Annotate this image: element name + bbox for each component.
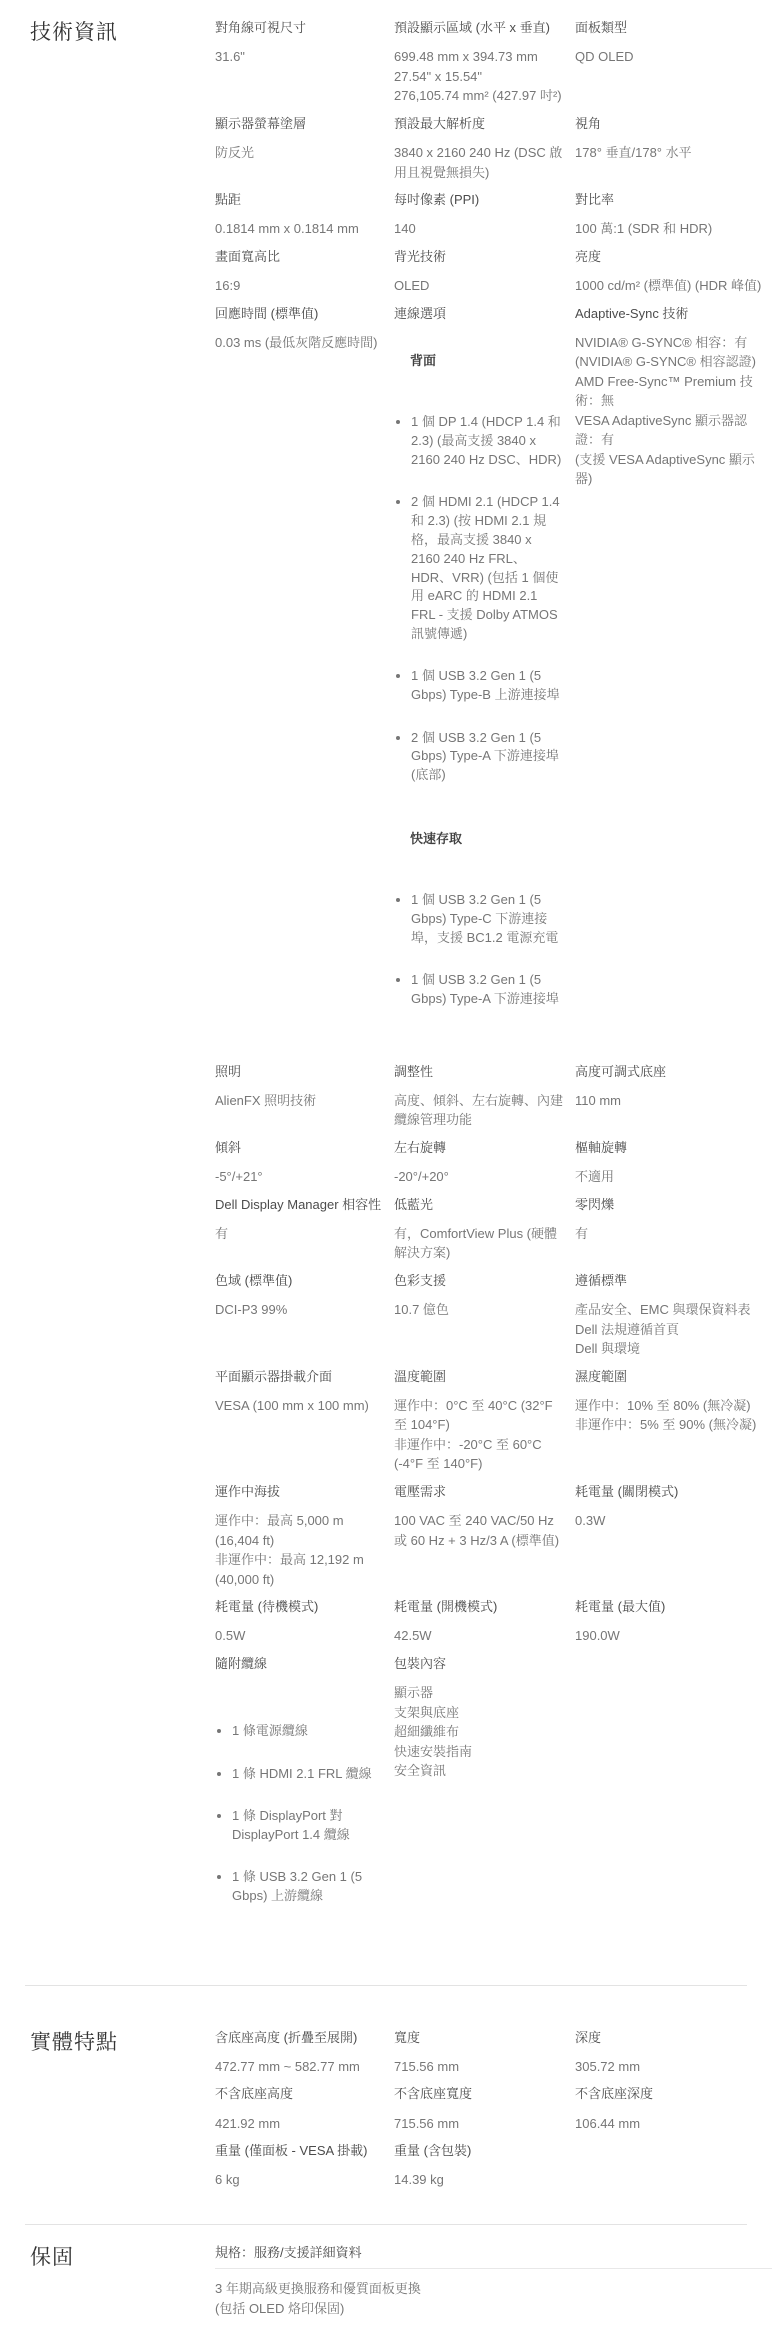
port-item: 2 個 HDMI 2.1 (HDCP 1.4 和 2.3) (按 HDMI 2.… (411, 493, 564, 644)
spec-label: 樞軸旋轉 (575, 1140, 772, 1156)
spec-brightness: 亮度 1000 cd/m² (標準值) (HDR 峰值) (575, 249, 772, 296)
spec-value: 有 (575, 1224, 772, 1244)
spec-label: 遵循標準 (575, 1273, 772, 1289)
spec-aspect-ratio: 畫面寬高比 16:9 (215, 249, 383, 296)
spec-value: QD OLED (575, 47, 772, 67)
spec-label: 含底座高度 (折疊至展開) (215, 2030, 383, 2046)
spec-operating-altitude: 運作中海拔 運作中：最高 5,000 m (16,404 ft) 非運作中：最高… (215, 1484, 383, 1589)
spec-label: 回應時間 (標準值) (215, 306, 383, 322)
spec-viewing-angle: 視角 178° 垂直/178° 水平 (575, 116, 772, 182)
included-cables-list: 1 條電源纜線 1 條 HDMI 2.1 FRL 纜線 1 條 DisplayP… (215, 1703, 383, 1930)
spec-value: 178° 垂直/178° 水平 (575, 143, 772, 163)
warranty-content: 規格：服務/支援詳細資料 3 年期高級更換服務和優質面板更換 (包括 OLED … (215, 2245, 772, 2318)
spec-label: 點距 (215, 192, 383, 208)
spec-label: 傾斜 (215, 1140, 383, 1156)
spec-label: 不含底座深度 (575, 2086, 772, 2102)
spec-flicker-free: 零閃爍 有 (575, 1197, 772, 1263)
spec-value: 運作中：0°C 至 40°C (32°F 至 104°F) 非運作中：-20°C… (394, 1396, 564, 1474)
section-title-physical: 實體特點 (30, 2030, 215, 2055)
spec-label: Adaptive-Sync 技術 (575, 306, 772, 322)
spec-label: 耗電量 (最大值) (575, 1599, 772, 1615)
spec-box-contents: 包裝內容 顯示器 支架與底座 超細纖維布 快速安裝指南 安全資訊 (394, 1656, 564, 1951)
spec-value: 0.03 ms (最低灰階反應時間) (215, 333, 383, 353)
spec-value: 14.39 kg (394, 2170, 564, 2190)
spec-label: 亮度 (575, 249, 772, 265)
spec-value: 有，ComfortView Plus (硬體解決方案) (394, 1224, 564, 1263)
connectivity-rear-list: 1 個 DP 1.4 (HDCP 1.4 和 2.3) (最高支援 3840 x… (394, 394, 564, 809)
spec-power-on-mode: 耗電量 (開機模式) 42.5W (394, 1599, 564, 1646)
spec-value: 421.92 mm (215, 2114, 383, 2134)
spec-label: 重量 (含包裝) (394, 2143, 564, 2159)
spec-label: 預設顯示區域 (水平 x 垂直) (394, 20, 564, 36)
spec-value: 699.48 mm x 394.73 mm 27.54" x 15.54" 27… (394, 47, 564, 106)
spec-vesa-mount: 平面顯示器掛載介面 VESA (100 mm x 100 mm) (215, 1369, 383, 1474)
spec-value: 產品安全、EMC 與環保資料表 Dell 法規遵循首頁 Dell 與環境 (575, 1300, 772, 1359)
spec-label: 零閃爍 (575, 1197, 772, 1213)
connectivity-quick-access-header: 快速存取 (410, 830, 564, 849)
spec-adjustability: 調整性 高度、傾斜、左右旋轉、內建纜線管理功能 (394, 1064, 564, 1130)
spec-value: 100 萬:1 (SDR 和 HDR) (575, 219, 772, 239)
spec-label: 高度可調式底座 (575, 1064, 772, 1080)
spec-label: 每吋像素 (PPI) (394, 192, 564, 208)
spec-value: -20°/+20° (394, 1167, 564, 1187)
spec-ppi: 每吋像素 (PPI) 140 (394, 192, 564, 239)
spec-label: 重量 (僅面板 - VESA 掛載) (215, 2143, 383, 2159)
spec-label: 視角 (575, 116, 772, 132)
spec-value: 31.6" (215, 47, 383, 67)
spec-value: 防反光 (215, 143, 383, 163)
spec-backlight: 背光技術 OLED (394, 249, 564, 296)
section-warranty: 保固 規格：服務/支援詳細資料 3 年期高級更換服務和優質面板更換 (包括 OL… (0, 2225, 772, 2352)
spec-label: 畫面寬高比 (215, 249, 383, 265)
cable-item: 1 條電源纜線 (232, 1722, 383, 1741)
spec-value: 6 kg (215, 2170, 383, 2190)
spec-value: 715.56 mm (394, 2057, 564, 2077)
port-item: 1 個 USB 3.2 Gen 1 (5 Gbps) Type-C 下游連接埠，… (411, 891, 564, 948)
spec-value: -5°/+21° (215, 1167, 383, 1187)
spec-display-area: 預設顯示區域 (水平 x 垂直) 699.48 mm x 394.73 mm 2… (394, 20, 564, 106)
spec-value: 100 VAC 至 240 VAC/50 Hz 或 60 Hz + 3 Hz/3… (394, 1511, 564, 1550)
technical-spec-grid: 對角線可視尺寸 31.6" 預設顯示區域 (水平 x 垂直) 699.48 mm… (215, 20, 772, 1951)
spec-lighting: 照明 AlienFX 照明技術 (215, 1064, 383, 1130)
spec-color-support: 色彩支援 10.7 億色 (394, 1273, 564, 1359)
spec-depth-without-stand: 不含底座深度 106.44 mm (575, 2086, 772, 2133)
spec-value: VESA (100 mm x 100 mm) (215, 1396, 383, 1416)
spec-height-adjustable-stand: 高度可調式底座 110 mm (575, 1064, 772, 1130)
spec-response-time: 回應時間 (標準值) 0.03 ms (最低灰階反應時間) (215, 306, 383, 1054)
spec-contrast-ratio: 對比率 100 萬:1 (SDR 和 HDR) (575, 192, 772, 239)
spec-width-without-stand: 不含底座寬度 715.56 mm (394, 2086, 564, 2133)
spec-adaptive-sync: Adaptive-Sync 技術 NVIDIA® G-SYNC® 相容：有 (N… (575, 306, 772, 1054)
section-title-technical: 技術資訊 (30, 20, 215, 45)
spec-label: 色彩支援 (394, 1273, 564, 1289)
spec-label: 溫度範圍 (394, 1369, 564, 1385)
spec-label: 不含底座高度 (215, 2086, 383, 2102)
spec-label: 面板類型 (575, 20, 772, 36)
spec-included-cables: 隨附纜線 1 條電源纜線 1 條 HDMI 2.1 FRL 纜線 1 條 Dis… (215, 1656, 383, 1951)
cable-item: 1 條 HDMI 2.1 FRL 纜線 (232, 1765, 383, 1784)
spec-value: 不適用 (575, 1167, 772, 1187)
spec-screen-coating: 顯示器螢幕塗層 防反光 (215, 116, 383, 182)
spec-value: 運作中：10% 至 80% (無冷凝) 非運作中：5% 至 90% (無冷凝) (575, 1396, 772, 1435)
spec-width: 寬度 715.56 mm (394, 2030, 564, 2077)
spec-value: 0.5W (215, 1626, 383, 1646)
spec-value: 有 (215, 1224, 383, 1244)
spec-value: 0.3W (575, 1511, 772, 1531)
spec-color-gamut: 色域 (標準值) DCI-P3 99% (215, 1273, 383, 1359)
spec-label: 不含底座寬度 (394, 2086, 564, 2102)
spec-weight-panel-only: 重量 (僅面板 - VESA 掛載) 6 kg (215, 2143, 383, 2190)
spec-label: 照明 (215, 1064, 383, 1080)
spec-diagonal-size: 對角線可視尺寸 31.6" (215, 20, 383, 106)
warranty-value: 3 年期高級更換服務和優質面板更換 (包括 OLED 烙印保固) (215, 2279, 772, 2318)
spec-pivot: 樞軸旋轉 不適用 (575, 1140, 772, 1187)
spec-label: 包裝內容 (394, 1656, 564, 1672)
spec-ddm-compatibility: Dell Display Manager 相容性 有 (215, 1197, 383, 1263)
section-technical: 技術資訊 對角線可視尺寸 31.6" 預設顯示區域 (水平 x 垂直) 699.… (0, 0, 772, 1985)
spec-label: 調整性 (394, 1064, 564, 1080)
spec-value: 10.7 億色 (394, 1300, 564, 1320)
spec-power-standby-mode: 耗電量 (待機模式) 0.5W (215, 1599, 383, 1646)
spec-power-off-mode: 耗電量 (關閉模式) 0.3W (575, 1484, 772, 1589)
spec-label: 運作中海拔 (215, 1484, 383, 1500)
spec-low-blue-light: 低藍光 有，ComfortView Plus (硬體解決方案) (394, 1197, 564, 1263)
spec-value: 1000 cd/m² (標準值) (HDR 峰值) (575, 276, 772, 296)
spec-value: 運作中：最高 5,000 m (16,404 ft) 非運作中：最高 12,19… (215, 1511, 383, 1589)
spec-value: 0.1814 mm x 0.1814 mm (215, 219, 383, 239)
spec-value: 140 (394, 219, 564, 239)
spec-value: 高度、傾斜、左右旋轉、內建纜線管理功能 (394, 1091, 564, 1130)
spec-label: 寬度 (394, 2030, 564, 2046)
spec-value: 顯示器 支架與底座 超細纖維布 快速安裝指南 安全資訊 (394, 1683, 564, 1781)
spec-tilt: 傾斜 -5°/+21° (215, 1140, 383, 1187)
physical-spec-grid: 含底座高度 (折疊至展開) 472.77 mm ~ 582.77 mm 寬度 7… (215, 2030, 772, 2190)
spec-value: OLED (394, 276, 564, 296)
spec-label: 低藍光 (394, 1197, 564, 1213)
cable-item: 1 條 USB 3.2 Gen 1 (5 Gbps) 上游纜線 (232, 1868, 383, 1906)
spec-value: 42.5W (394, 1626, 564, 1646)
spec-value: 16:9 (215, 276, 383, 296)
section-title-warranty: 保固 (30, 2245, 215, 2270)
warranty-header: 規格：服務/支援詳細資料 (215, 2245, 772, 2269)
spec-label: 連線選項 (394, 306, 564, 322)
spec-height-without-stand: 不含底座高度 421.92 mm (215, 2086, 383, 2133)
spec-label: 顯示器螢幕塗層 (215, 116, 383, 132)
spec-height-with-stand: 含底座高度 (折疊至展開) 472.77 mm ~ 582.77 mm (215, 2030, 383, 2077)
spec-label: 預設最大解析度 (394, 116, 564, 132)
spec-value: 190.0W (575, 1626, 772, 1646)
spec-label: 對比率 (575, 192, 772, 208)
port-item: 1 個 USB 3.2 Gen 1 (5 Gbps) Type-B 上游連接埠 (411, 667, 564, 705)
spec-value: AlienFX 照明技術 (215, 1091, 383, 1111)
spec-humidity-range: 濕度範圍 運作中：10% 至 80% (無冷凝) 非運作中：5% 至 90% (… (575, 1369, 772, 1474)
spec-value: 472.77 mm ~ 582.77 mm (215, 2057, 383, 2077)
spec-label: 耗電量 (開機模式) (394, 1599, 564, 1615)
spec-connectivity: 連線選項 背面 1 個 DP 1.4 (HDCP 1.4 和 2.3) (最高支… (394, 306, 564, 1054)
spec-label: Dell Display Manager 相容性 (215, 1197, 383, 1213)
spec-power-max: 耗電量 (最大值) 190.0W (575, 1599, 772, 1646)
spec-weight-packaged: 重量 (含包裝) 14.39 kg (394, 2143, 564, 2190)
spec-value: 背面 1 個 DP 1.4 (HDCP 1.4 和 2.3) (最高支援 384… (394, 333, 564, 1054)
spec-label: 耗電量 (待機模式) (215, 1599, 383, 1615)
port-item: 1 個 USB 3.2 Gen 1 (5 Gbps) Type-A 下游連接埠 (411, 971, 564, 1009)
spec-value: 715.56 mm (394, 2114, 564, 2134)
spec-label: 電壓需求 (394, 1484, 564, 1500)
spec-label: 左右旋轉 (394, 1140, 564, 1156)
spec-value: NVIDIA® G-SYNC® 相容：有 (NVIDIA® G-SYNC® 相容… (575, 333, 772, 489)
cable-item: 1 條 DisplayPort 對 DisplayPort 1.4 纜線 (232, 1807, 383, 1845)
spec-label: 深度 (575, 2030, 772, 2046)
spec-label: 色域 (標準值) (215, 1273, 383, 1289)
spec-label: 對角線可視尺寸 (215, 20, 383, 36)
spec-value: 1 條電源纜線 1 條 HDMI 2.1 FRL 纜線 1 條 DisplayP… (215, 1683, 383, 1951)
connectivity-quick-access-list: 1 個 USB 3.2 Gen 1 (5 Gbps) Type-C 下游連接埠，… (394, 871, 564, 1032)
spec-depth: 深度 305.72 mm (575, 2030, 772, 2077)
spec-voltage-required: 電壓需求 100 VAC 至 240 VAC/50 Hz 或 60 Hz + 3… (394, 1484, 564, 1589)
spec-label: 隨附纜線 (215, 1656, 383, 1672)
spec-value: DCI-P3 99% (215, 1300, 383, 1320)
spec-value: 305.72 mm (575, 2057, 772, 2077)
section-physical: 實體特點 含底座高度 (折疊至展開) 472.77 mm ~ 582.77 mm… (0, 1986, 772, 2224)
spec-panel-type: 面板類型 QD OLED (575, 20, 772, 106)
spec-max-resolution: 預設最大解析度 3840 x 2160 240 Hz (DSC 啟用且視覺無損失… (394, 116, 564, 182)
spec-pixel-pitch: 點距 0.1814 mm x 0.1814 mm (215, 192, 383, 239)
port-item: 1 個 DP 1.4 (HDCP 1.4 和 2.3) (最高支援 3840 x… (411, 413, 564, 470)
spec-temperature-range: 溫度範圍 運作中：0°C 至 40°C (32°F 至 104°F) 非運作中：… (394, 1369, 564, 1474)
connectivity-rear-header: 背面 (410, 352, 564, 371)
spec-empty-cell (575, 1656, 772, 1951)
spec-empty-cell (575, 2143, 772, 2190)
spec-label: 背光技術 (394, 249, 564, 265)
port-item: 2 個 USB 3.2 Gen 1 (5 Gbps) Type-A 下游連接埠 … (411, 729, 564, 786)
spec-page: 技術資訊 對角線可視尺寸 31.6" 預設顯示區域 (水平 x 垂直) 699.… (0, 0, 772, 2352)
spec-swivel: 左右旋轉 -20°/+20° (394, 1140, 564, 1187)
spec-value: 3840 x 2160 240 Hz (DSC 啟用且視覺無損失) (394, 143, 564, 182)
spec-value: 106.44 mm (575, 2114, 772, 2134)
spec-label: 平面顯示器掛載介面 (215, 1369, 383, 1385)
spec-compliance: 遵循標準 產品安全、EMC 與環保資料表 Dell 法規遵循首頁 Dell 與環… (575, 1273, 772, 1359)
spec-value: 110 mm (575, 1091, 772, 1111)
spec-label: 濕度範圍 (575, 1369, 772, 1385)
spec-label: 耗電量 (關閉模式) (575, 1484, 772, 1500)
